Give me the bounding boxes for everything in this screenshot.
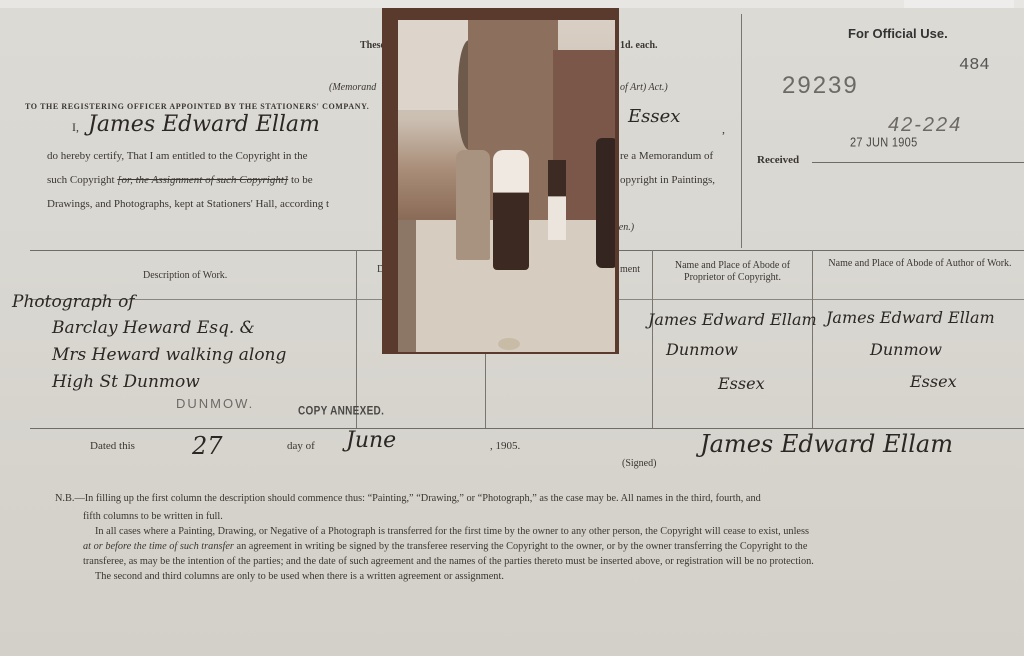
official-use-title: For Official Use. <box>848 26 948 41</box>
nb-line-2: fifth columns to be written in full. <box>83 511 223 522</box>
attached-photograph <box>382 8 619 354</box>
author-town: Dunmow <box>870 340 942 359</box>
dated-label: Dated this <box>90 440 135 452</box>
header-proprietor: Name and Place of Abode of Proprietor of… <box>660 260 805 284</box>
official-box-divider <box>741 14 742 248</box>
description-line-1: Photograph of <box>12 292 135 312</box>
header-act-right: of Art) Act.) <box>620 82 668 93</box>
col-divider-3 <box>652 250 653 428</box>
cert-line3-left: Drawings, and Photographs, kept at Stati… <box>47 198 329 210</box>
col-divider-2 <box>485 354 486 428</box>
addressee-line: TO THE REGISTERING OFFICER APPOINTED BY … <box>25 102 369 111</box>
registration-form: These 1d. each. (Memorand of Art) Act.) … <box>0 0 1024 656</box>
certifier-county-handwritten: Essex <box>628 106 680 127</box>
proprietor-name: James Edward Ellam <box>648 310 817 329</box>
reference-pencil: 42-224 <box>888 114 962 137</box>
para1-italic: at or before the time of such transfer <box>83 541 234 552</box>
cert-line2-a: such Copyright <box>47 174 115 186</box>
received-line <box>812 162 1024 163</box>
description-line-3: Mrs Heward walking along <box>52 345 286 365</box>
copy-annexed-stamp: COPY ANNEXED. <box>298 405 384 418</box>
photo-woman-figure <box>493 150 529 270</box>
dated-month: June <box>346 428 396 453</box>
cert-line2-right: opyright in Paintings, <box>620 174 715 186</box>
stamp-number: 484 <box>959 56 990 75</box>
cert-line2-struck: [or, the Assignment of such Copyright] <box>117 174 288 186</box>
col-divider-1 <box>356 250 357 428</box>
header-price-fragment: 1d. each. <box>620 40 658 51</box>
header-author: Name and Place of Abode of Author of Wor… <box>825 258 1015 270</box>
signature: James Edward Ellam <box>700 430 953 458</box>
header-description: Description of Work. <box>143 270 227 281</box>
proprietor-town: Dunmow <box>666 340 738 359</box>
author-county: Essex <box>910 372 957 391</box>
certifier-name-handwritten: James Edward Ellam <box>88 112 320 137</box>
description-line-2: Barclay Heward Esq. & <box>52 318 255 338</box>
description-line-4: High St Dunmow <box>52 372 200 392</box>
para1-line-2: at or before the time of such transfer a… <box>83 541 807 552</box>
author-name: James Edward Ellam <box>826 308 995 327</box>
signed-label: (Signed) <box>622 458 656 469</box>
registration-number: 29239 <box>782 72 859 100</box>
description-correction: DUNMOW. <box>176 396 254 411</box>
photo-man-figure <box>456 150 490 260</box>
header-act-left: (Memorand <box>329 82 376 93</box>
table-bottom-rule <box>30 428 1024 429</box>
cert-line1-right: re a Memorandum of <box>620 150 713 162</box>
header-col3-fragment: ment <box>620 264 640 275</box>
nb-line-1: N.B.—In filling up the first column the … <box>55 493 761 504</box>
i-label: I, <box>72 120 79 135</box>
page-top-edge <box>0 0 1024 8</box>
cert-line2-b: to be <box>291 174 313 186</box>
para1-line-3: transferee, as may be the intention of t… <box>83 556 814 567</box>
col-divider-4 <box>812 250 813 428</box>
received-label: Received <box>757 154 799 166</box>
dated-year: , 1905. <box>490 440 520 452</box>
photo-image <box>398 20 615 352</box>
para1-line-1: In all cases where a Painting, Drawing, … <box>95 526 809 537</box>
cert-line2-left: such Copyright [or, the Assignment of su… <box>47 174 313 186</box>
date-received-stamp: 27 JUN 1905 <box>850 136 918 150</box>
day-of-label: day of <box>287 440 315 452</box>
archive-label-tab <box>904 0 1014 8</box>
proprietor-county: Essex <box>718 374 765 393</box>
cert-line1-left: do hereby certify, That I am entitled to… <box>47 150 308 162</box>
comma: , <box>722 122 725 137</box>
para2-line: The second and third columns are only to… <box>95 571 504 582</box>
dated-day: 27 <box>192 432 223 460</box>
para1-rest: an agreement in writing be signed by the… <box>234 541 807 552</box>
